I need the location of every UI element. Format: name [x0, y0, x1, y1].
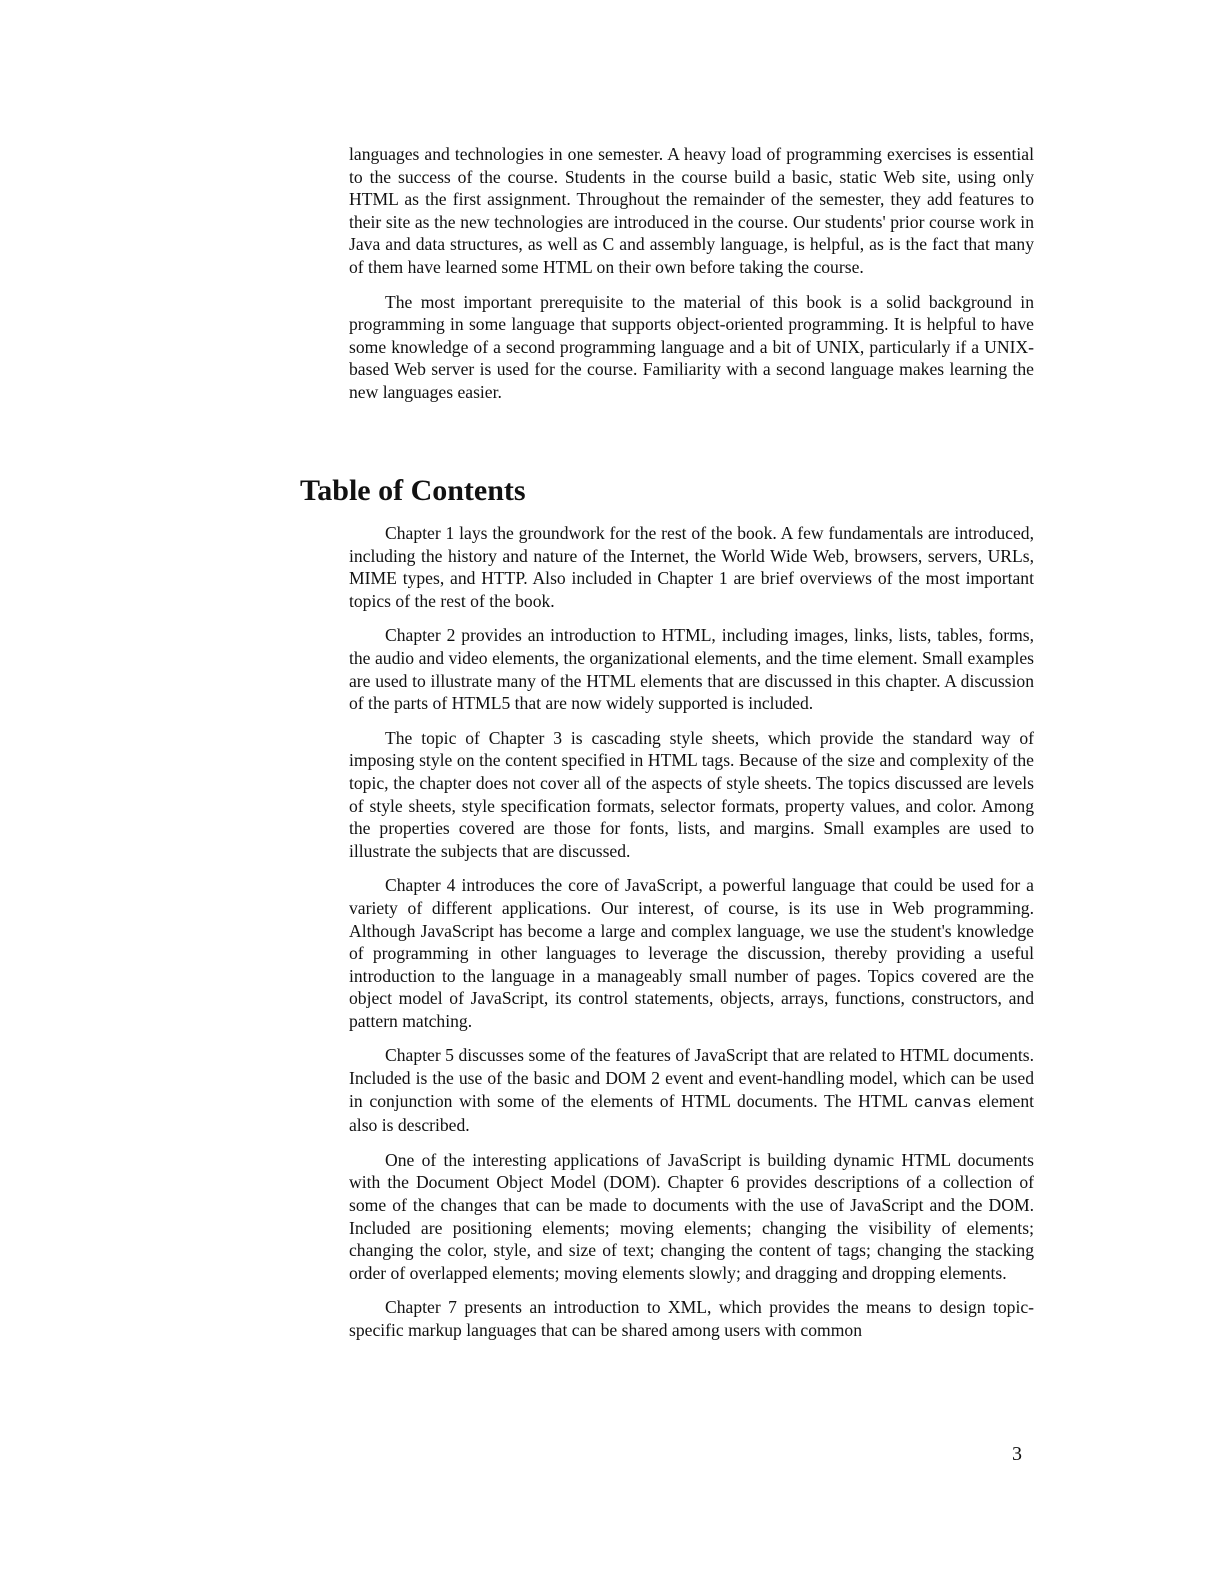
- code-canvas: canvas: [914, 1094, 972, 1112]
- preface-section: languages and technologies in one semest…: [349, 143, 1034, 416]
- toc-paragraph-chapter-2: Chapter 2 provides an introduction to HT…: [349, 624, 1034, 714]
- toc-paragraph-chapter-6: One of the interesting applications of J…: [349, 1149, 1034, 1285]
- section-heading-table-of-contents: Table of Contents: [300, 474, 526, 508]
- toc-paragraph-chapter-4: Chapter 4 introduces the core of JavaScr…: [349, 874, 1034, 1032]
- toc-paragraph-chapter-5: Chapter 5 discusses some of the features…: [349, 1044, 1034, 1136]
- page-number: 3: [1012, 1443, 1022, 1466]
- preface-paragraph-2: The most important prerequisite to the m…: [349, 291, 1034, 404]
- preface-paragraph-1: languages and technologies in one semest…: [349, 143, 1034, 279]
- toc-section: Chapter 1 lays the groundwork for the re…: [349, 522, 1034, 1354]
- toc-paragraph-chapter-3: The topic of Chapter 3 is cascading styl…: [349, 727, 1034, 863]
- toc-paragraph-chapter-1: Chapter 1 lays the groundwork for the re…: [349, 522, 1034, 612]
- toc-paragraph-chapter-7: Chapter 7 presents an introduction to XM…: [349, 1296, 1034, 1341]
